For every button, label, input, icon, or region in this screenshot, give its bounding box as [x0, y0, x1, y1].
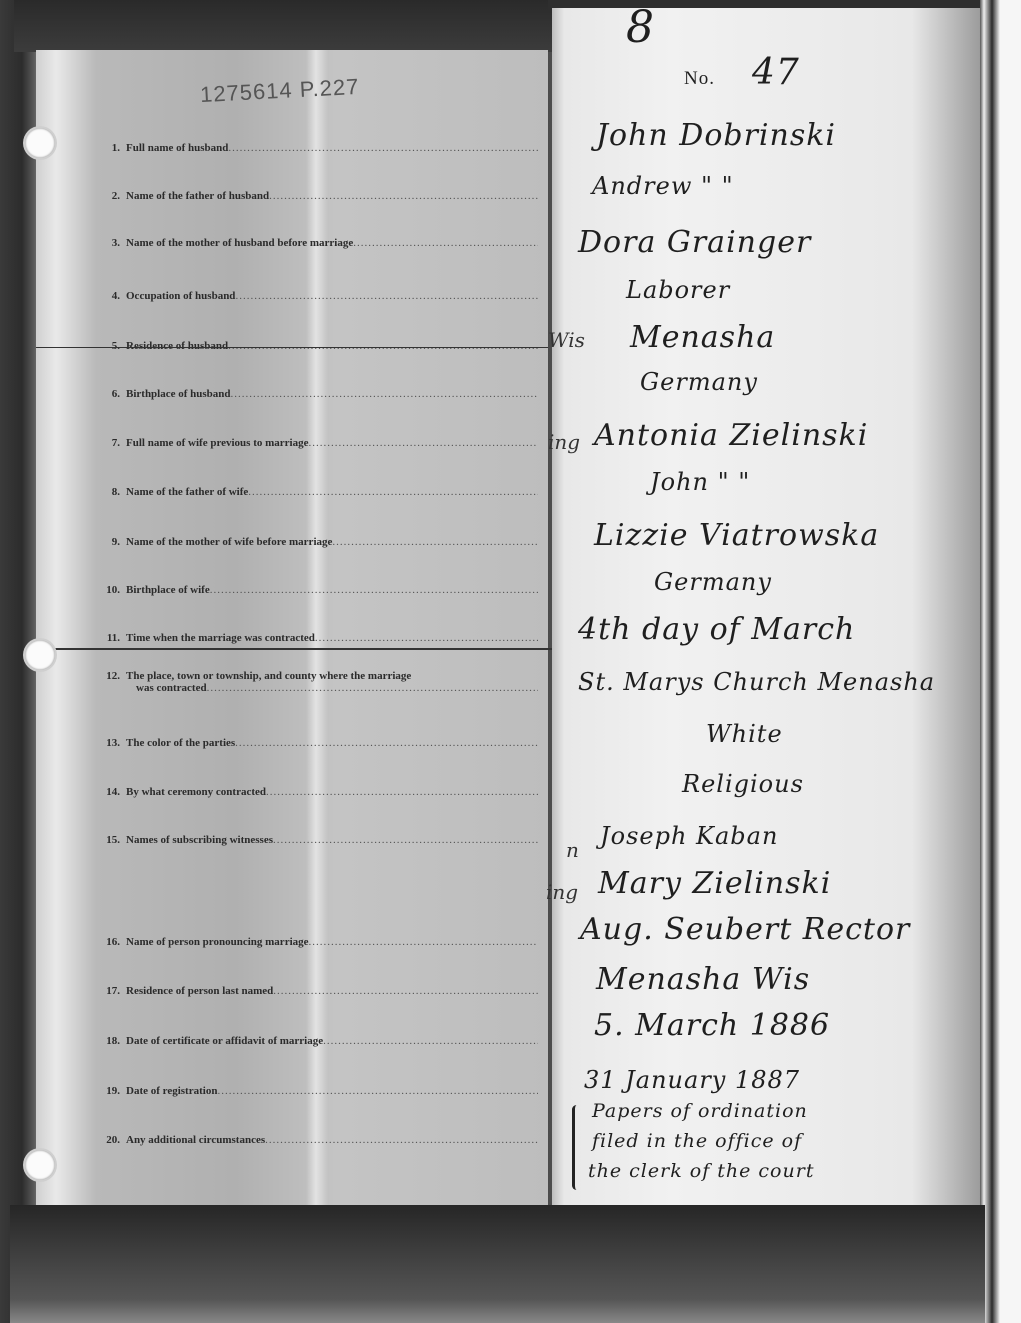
field-label-line2: was contracted	[136, 682, 207, 694]
punch-hole	[25, 640, 55, 670]
value-husband-mother: Dora Grainger	[578, 225, 811, 260]
printed-form-panel	[36, 50, 548, 1205]
punch-hole	[25, 128, 55, 158]
form-row-19: 19.Date of registration.................…	[96, 1085, 538, 1097]
form-row-10: 10.Birthplace of wife...................…	[96, 584, 538, 596]
value-officiant-residence: Menasha Wis	[596, 962, 810, 997]
form-row-20: 20.Any additional circumstances.........…	[96, 1134, 538, 1146]
field-label: Name of the father of wife	[126, 486, 248, 498]
value-husband-birthplace: Germany	[640, 368, 758, 396]
form-row-7: 7.Full name of wife previous to marriage…	[96, 437, 538, 449]
form-row-2: 2.Name of the father of husband.........…	[96, 190, 538, 202]
form-row-5: 5.Residence of husband..................…	[96, 340, 538, 352]
form-row-17: 17.Residence of person last named.......…	[96, 985, 538, 997]
margin-note: Wis	[548, 328, 585, 352]
value-marriage-time: 4th day of March	[578, 612, 855, 647]
value-wife-father: John " "	[650, 468, 750, 496]
record-number-label: No.	[684, 68, 715, 90]
value-marriage-place: St. Marys Church Menasha	[578, 668, 935, 696]
field-label: Name of the mother of husband before mar…	[126, 237, 353, 249]
value-registration-date: 31 January 1887	[584, 1066, 800, 1094]
field-label: By what ceremony contracted	[126, 786, 266, 798]
field-label: Birthplace of wife	[126, 584, 210, 596]
value-certificate-date: 5. March 1886	[594, 1008, 830, 1043]
value-additional-2: filed in the office of	[592, 1130, 802, 1152]
top-dark-band	[14, 0, 554, 52]
value-additional-1: Papers of ordination	[592, 1100, 808, 1122]
field-label: Birthplace of husband	[126, 388, 231, 400]
bottom-dark-band	[10, 1205, 985, 1323]
margin-note: ing	[548, 430, 580, 454]
value-husband-residence: Menasha	[630, 320, 775, 355]
value-color: White	[706, 720, 783, 748]
field-label: Residence of person last named	[126, 985, 273, 997]
field-label: Occupation of husband	[126, 290, 235, 302]
field-label: Name of person pronouncing marriage	[126, 936, 309, 948]
form-row-15: 15.Names of subscribing witnesses.......…	[96, 834, 538, 846]
field-label: Residence of husband	[126, 340, 228, 352]
value-officiant: Aug. Seubert Rector	[580, 912, 910, 947]
form-row-9: 9.Name of the mother of wife before marr…	[96, 536, 538, 548]
value-husband-father: Andrew " "	[592, 172, 734, 200]
form-row-11: 11.Time when the marriage was contracted…	[96, 632, 538, 644]
bracket-mark	[572, 1105, 581, 1190]
field-label: Full name of husband	[126, 142, 228, 154]
field-label: Full name of wife previous to marriage	[126, 437, 309, 449]
margin-note: n	[566, 838, 579, 862]
field-label: Date of certificate or affidavit of marr…	[126, 1035, 323, 1047]
form-row-3: 3.Name of the mother of husband before m…	[96, 237, 538, 249]
corner-mark: 8	[626, 2, 655, 53]
field-label: Name of the father of husband	[126, 190, 269, 202]
record-number: 47	[752, 52, 800, 93]
form-row-4: 4.Occupation of husband.................…	[96, 290, 538, 302]
field-label: Any additional circumstances	[126, 1134, 265, 1146]
form-row-6: 6.Birthplace of husband.................…	[96, 388, 538, 400]
field-label: The place, town or township, and county …	[126, 670, 411, 682]
value-wife-name: Antonia Zielinski	[594, 418, 868, 453]
field-label: The color of the parties	[126, 737, 235, 749]
field-label: Name of the mother of wife before marria…	[126, 536, 332, 548]
divider-line	[36, 347, 548, 348]
value-additional-3: the clerk of the court	[588, 1160, 814, 1182]
value-husband-name: John Dobrinski	[596, 118, 836, 153]
form-row-14: 14.By what ceremony contracted..........…	[96, 786, 538, 798]
field-label: Time when the marriage was contracted	[126, 632, 315, 644]
form-row-18: 18.Date of certificate or affidavit of m…	[96, 1035, 538, 1047]
value-wife-mother: Lizzie Viatrowska	[594, 518, 879, 553]
margin-note: ing	[546, 880, 578, 904]
form-row-16: 16.Name of person pronouncing marriage..…	[96, 936, 538, 948]
form-row-13: 13.The color of the parties.............…	[96, 737, 538, 749]
value-witness-2: Mary Zielinski	[598, 866, 831, 901]
value-ceremony: Religious	[682, 770, 804, 798]
form-row-12: 12.The place, town or township, and coun…	[96, 670, 538, 694]
field-label: Date of registration	[126, 1085, 217, 1097]
value-witness-1: Joseph Kaban	[600, 822, 778, 850]
punch-hole	[25, 1150, 55, 1180]
value-husband-occupation: Laborer	[626, 276, 730, 304]
field-label: Names of subscribing witnesses	[126, 834, 273, 846]
form-row-8: 8.Name of the father of wife............…	[96, 486, 538, 498]
form-row-1: 1.Full name of husband..................…	[96, 142, 538, 154]
value-wife-birthplace: Germany	[654, 568, 772, 596]
